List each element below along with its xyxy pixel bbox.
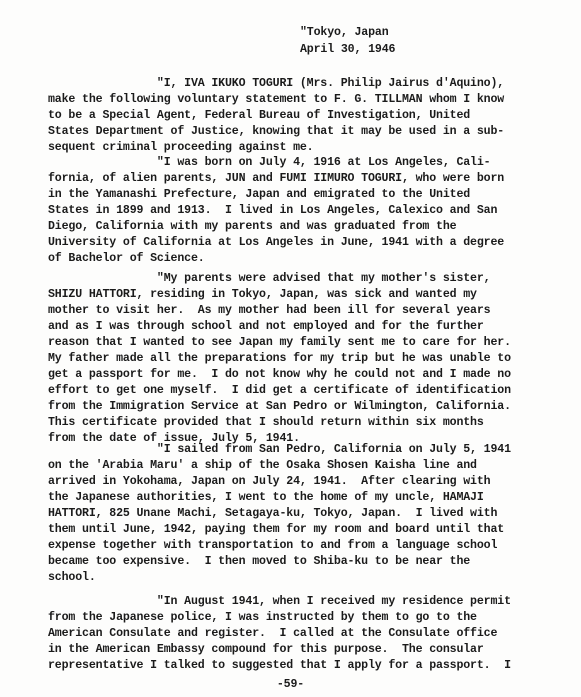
paragraph-birth: "I was born on July 4, 1916 at Los Angel…: [48, 155, 558, 267]
text-line: from the Immigration Service at San Pedr…: [48, 399, 558, 415]
document-page: "Tokyo, Japan April 30, 1946 "I, IVA IKU…: [0, 0, 581, 697]
paragraph-statement-intro: "I, IVA IKUKO TOGURI (Mrs. Philip Jairus…: [48, 76, 558, 156]
text-line: "I was born on July 4, 1916 at Los Angel…: [48, 155, 558, 171]
paragraph-consulate: "In August 1941, when I received my resi…: [48, 594, 558, 674]
header-location: "Tokyo, Japan: [300, 24, 395, 41]
text-line: make the following voluntary statement t…: [48, 92, 558, 108]
text-line: SHIZU HATTORI, residing in Tokyo, Japan,…: [48, 287, 558, 303]
text-line: "My parents were advised that my mother'…: [48, 271, 558, 287]
text-line: in the American Embassy compound for thi…: [48, 642, 558, 658]
text-line: school.: [48, 570, 558, 586]
text-line: mother to visit her. As my mother had be…: [48, 303, 558, 319]
text-line: representative I talked to suggested tha…: [48, 658, 558, 674]
text-line: arrived in Yokohama, Japan on July 24, 1…: [48, 474, 558, 490]
text-line: sequent criminal proceeding against me.: [48, 140, 558, 156]
header-date: April 30, 1946: [300, 41, 395, 58]
text-line: became too expensive. I then moved to Sh…: [48, 554, 558, 570]
text-line: HATTORI, 825 Unane Machi, Setagaya-ku, T…: [48, 506, 558, 522]
text-line: "In August 1941, when I received my resi…: [48, 594, 558, 610]
text-line: get a passport for me. I do not know why…: [48, 367, 558, 383]
text-line: Diego, California with my parents and wa…: [48, 219, 558, 235]
text-line: reason that I wanted to see Japan my fam…: [48, 335, 558, 351]
text-line: from the Japanese police, I was instruct…: [48, 610, 558, 626]
text-line: States Department of Justice, knowing th…: [48, 124, 558, 140]
text-line: States in 1899 and 1913. I lived in Los …: [48, 203, 558, 219]
paragraph-voyage: "I sailed from San Pedro, California on …: [48, 442, 558, 586]
text-line: American Consulate and register. I calle…: [48, 626, 558, 642]
text-line: fornia, of alien parents, JUN and FUMI I…: [48, 171, 558, 187]
text-line: effort to get one myself. I did get a ce…: [48, 383, 558, 399]
text-line: on the 'Arabia Maru' a ship of the Osaka…: [48, 458, 558, 474]
text-line: of Bachelor of Science.: [48, 251, 558, 267]
text-line: to be a Special Agent, Federal Bureau of…: [48, 108, 558, 124]
text-line: My father made all the preparations for …: [48, 351, 558, 367]
text-line: This certificate provided that I should …: [48, 415, 558, 431]
text-line: the Japanese authorities, I went to the …: [48, 490, 558, 506]
page-number: -59-: [0, 677, 581, 693]
text-line: "I, IVA IKUKO TOGURI (Mrs. Philip Jairus…: [48, 76, 558, 92]
paragraph-parents: "My parents were advised that my mother'…: [48, 271, 558, 447]
text-line: them until June, 1942, paying them for m…: [48, 522, 558, 538]
letter-header: "Tokyo, Japan April 30, 1946: [300, 24, 395, 58]
text-line: and as I was through school and not empl…: [48, 319, 558, 335]
text-line: University of California at Los Angeles …: [48, 235, 558, 251]
text-line: "I sailed from San Pedro, California on …: [48, 442, 558, 458]
text-line: in the Yamanashi Prefecture, Japan and e…: [48, 187, 558, 203]
text-line: expense together with transportation to …: [48, 538, 558, 554]
